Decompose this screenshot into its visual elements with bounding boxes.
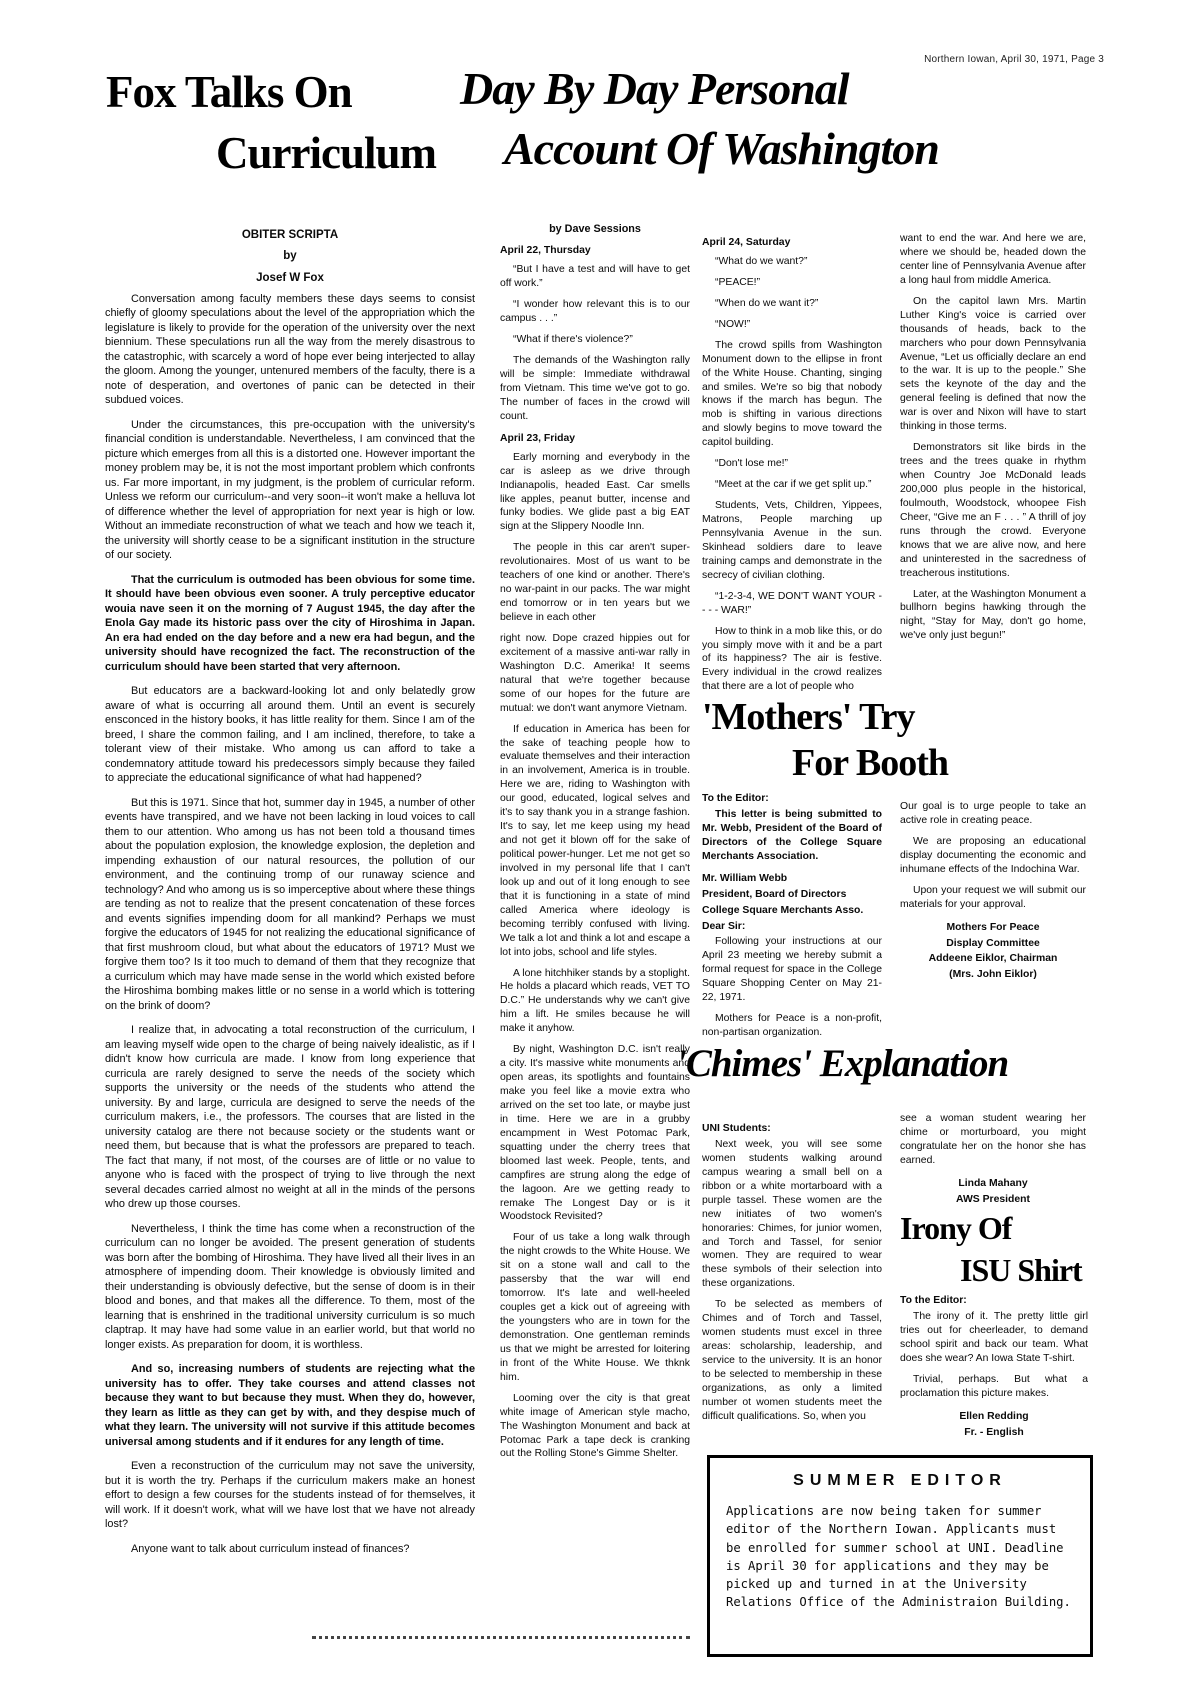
washington-column-3: want to end the war. And here we are, wh… — [900, 232, 1086, 694]
paragraph: “But I have a test and will have to get … — [500, 263, 690, 291]
signature-line: Mothers For Peace — [900, 921, 1086, 935]
address-line: To the Editor: — [702, 792, 882, 806]
paragraph: “Meet at the car if we get split up.” — [702, 478, 882, 492]
washington-column-1: by Dave Sessions April 22, Thursday“But … — [500, 222, 690, 1642]
paragraph: “1-2-3-4, WE DON'T WANT YOUR - - - - WAR… — [702, 590, 882, 618]
paragraph: To be selected as members of Chimes and … — [702, 1298, 882, 1423]
washington-headline-line2: Account Of Washington — [504, 126, 1080, 172]
paragraph: The demands of the Washington rally will… — [500, 354, 690, 424]
paragraph: “NOW!” — [702, 318, 882, 332]
paragraph: The irony of it. The pretty little girl … — [900, 1310, 1088, 1366]
washington-column-3-body: want to end the war. And here we are, wh… — [900, 232, 1086, 643]
paragraph: Demonstrators sit like birds in the tree… — [900, 441, 1086, 580]
paragraph: “What if there's violence?” — [500, 333, 690, 347]
dotted-rule — [312, 1636, 690, 1639]
signature-line: Fr. - English — [900, 1426, 1088, 1440]
paragraph: “What do we want?” — [702, 255, 882, 269]
washington-column-2: April 24, Saturday“What do we want?”“PEA… — [702, 228, 882, 694]
irony-letter-body: To the Editor:The irony of it. The prett… — [900, 1294, 1088, 1439]
mothers-letter-right-body: Our goal is to urge people to take an ac… — [900, 800, 1086, 982]
paragraph: If education in America has been for the… — [500, 723, 690, 960]
paragraph: The people in this car aren't super-revo… — [500, 541, 690, 625]
chimes-letter-right-column: see a woman student wearing her chime or… — [900, 1112, 1086, 1208]
mothers-letter-left-body: To the Editor:This letter is being submi… — [702, 792, 882, 1040]
summer-editor-notice: SUMMER EDITOR Applications are now being… — [707, 1455, 1093, 1657]
paragraph: By night, Washington D.C. isn't really a… — [500, 1043, 690, 1224]
paragraph: Four of us take a long walk through the … — [500, 1231, 690, 1384]
chimes-headline: 'Chimes' Explanation — [676, 1044, 1106, 1083]
address-line: UNI Students: — [702, 1122, 882, 1136]
fox-kicker: OBITER SCRIPTA — [105, 228, 475, 243]
paragraph: But this is 1971. Since that hot, summer… — [105, 796, 475, 1014]
summer-editor-title: SUMMER EDITOR — [726, 1472, 1074, 1490]
paragraph-continued: see a woman student wearing her chime or… — [900, 1112, 1086, 1168]
mothers-letter-left-column: To the Editor:This letter is being submi… — [702, 792, 882, 1040]
mothers-letter-right-column: Our goal is to urge people to take an ac… — [900, 800, 1086, 1040]
fox-headline: Fox Talks On Curriculum — [106, 70, 506, 176]
fox-article-body: Conversation among faculty members these… — [105, 292, 475, 1557]
signature-line: Addeene Eiklor, Chairman — [900, 952, 1086, 966]
chimes-letter-left-column: UNI Students:Next week, you will see som… — [702, 1122, 882, 1454]
signature-line: (Mrs. John Eiklor) — [900, 968, 1086, 982]
paragraph: I realize that, in advocating a total re… — [105, 1023, 475, 1212]
paragraph: Next week, you will see some women stude… — [702, 1138, 882, 1291]
signature-line: AWS President — [900, 1193, 1086, 1207]
mothers-headline-line1: 'Mothers' Try — [702, 698, 1102, 736]
washington-byline: by Dave Sessions — [500, 222, 690, 236]
address-line: Mr. William Webb — [702, 872, 882, 886]
mothers-headline: 'Mothers' Try For Booth — [702, 698, 1102, 782]
summer-editor-body: Applications are now being taken for sum… — [726, 1502, 1074, 1612]
irony-headline: Irony Of ISU Shirt — [900, 1212, 1110, 1286]
address-line: To the Editor: — [900, 1294, 1088, 1308]
address-line: Dear Sir: — [702, 920, 882, 934]
irony-headline-line1: Irony Of — [900, 1212, 1110, 1244]
paragraph: On the capitol lawn Mrs. Martin Luther K… — [900, 295, 1086, 434]
paragraph-bold: This letter is being submitted to Mr. We… — [702, 808, 882, 864]
irony-headline-line2: ISU Shirt — [960, 1254, 1110, 1286]
subhead: April 22, Thursday — [500, 244, 690, 258]
paragraph: But educators are a backward-looking lot… — [105, 684, 475, 786]
fox-headline-line1: Fox Talks On — [106, 70, 506, 115]
paragraph: Mothers for Peace is a non-profit, non-p… — [702, 1012, 882, 1040]
signature-line: Linda Mahany — [900, 1177, 1086, 1191]
paragraph-bold: That the curriculum is outmoded has been… — [105, 573, 475, 675]
paragraph: Even a reconstruction of the curriculum … — [105, 1459, 475, 1532]
chimes-headline-text: 'Chimes' Explanation — [676, 1044, 1106, 1083]
page-header: Northern Iowan, April 30, 1971, Page 3 — [924, 54, 1104, 65]
fox-byline-by: by — [105, 249, 475, 264]
paragraph: Early morning and everybody in the car i… — [500, 451, 690, 535]
paragraph: Upon your request we will submit our mat… — [900, 884, 1086, 912]
address-line: President, Board of Directors — [702, 888, 882, 902]
paragraph: “I wonder how relevant this is to our ca… — [500, 298, 690, 326]
chimes-letter-right-body: see a woman student wearing her chime or… — [900, 1112, 1086, 1207]
fox-article-column: OBITER SCRIPTA by Josef W Fox Conversati… — [105, 228, 475, 1630]
paragraph: How to think in a mob like this, or do y… — [702, 625, 882, 694]
address-line: College Square Merchants Asso. — [702, 904, 882, 918]
paragraph: Trivial, perhaps. But what a proclamatio… — [900, 1373, 1088, 1401]
paragraph-continued: want to end the war. And here we are, wh… — [900, 232, 1086, 288]
washington-column-2-body: April 24, Saturday“What do we want?”“PEA… — [702, 236, 882, 694]
subhead: April 23, Friday — [500, 432, 690, 446]
newspaper-page: Northern Iowan, April 30, 1971, Page 3 F… — [0, 0, 1200, 1700]
washington-column-1-body: April 22, Thursday“But I have a test and… — [500, 244, 690, 1461]
signature-line: Ellen Redding — [900, 1410, 1088, 1424]
paragraph-continued: Our goal is to urge people to take an ac… — [900, 800, 1086, 828]
paragraph: We are proposing an educational display … — [900, 835, 1086, 877]
paragraph: Looming over the city is that great whit… — [500, 1392, 690, 1462]
paragraph-continued: right now. Dope crazed hippies out for e… — [500, 632, 690, 716]
paragraph: “PEACE!” — [702, 276, 882, 290]
paragraph: Later, at the Washington Monument a bull… — [900, 588, 1086, 644]
paragraph: Anyone want to talk about curriculum ins… — [105, 1542, 475, 1557]
chimes-letter-left-body: UNI Students:Next week, you will see som… — [702, 1122, 882, 1424]
paragraph: The crowd spills from Washington Monumen… — [702, 339, 882, 451]
subhead: April 24, Saturday — [702, 236, 882, 250]
paragraph-bold: And so, increasing numbers of students a… — [105, 1362, 475, 1449]
paragraph: Students, Vets, Children, Yippees, Matro… — [702, 499, 882, 583]
irony-letter-column: To the Editor:The irony of it. The prett… — [900, 1294, 1088, 1452]
fox-byline-author: Josef W Fox — [105, 271, 475, 286]
paragraph: Following your instructions at our April… — [702, 935, 882, 1005]
paragraph: “When do we want it?” — [702, 297, 882, 311]
signature-line: Display Committee — [900, 937, 1086, 951]
paragraph: “Don't lose me!” — [702, 457, 882, 471]
mothers-headline-line2: For Booth — [792, 744, 1102, 782]
paragraph: A lone hitchhiker stands by a stoplight.… — [500, 967, 690, 1037]
washington-headline-line1: Day By Day Personal — [460, 66, 1080, 112]
paragraph: Nevertheless, I think the time has come … — [105, 1222, 475, 1353]
washington-headline: Day By Day Personal Account Of Washingto… — [460, 66, 1080, 172]
paragraph: Conversation among faculty members these… — [105, 292, 475, 408]
paragraph: Under the circumstances, this pre-occupa… — [105, 418, 475, 563]
